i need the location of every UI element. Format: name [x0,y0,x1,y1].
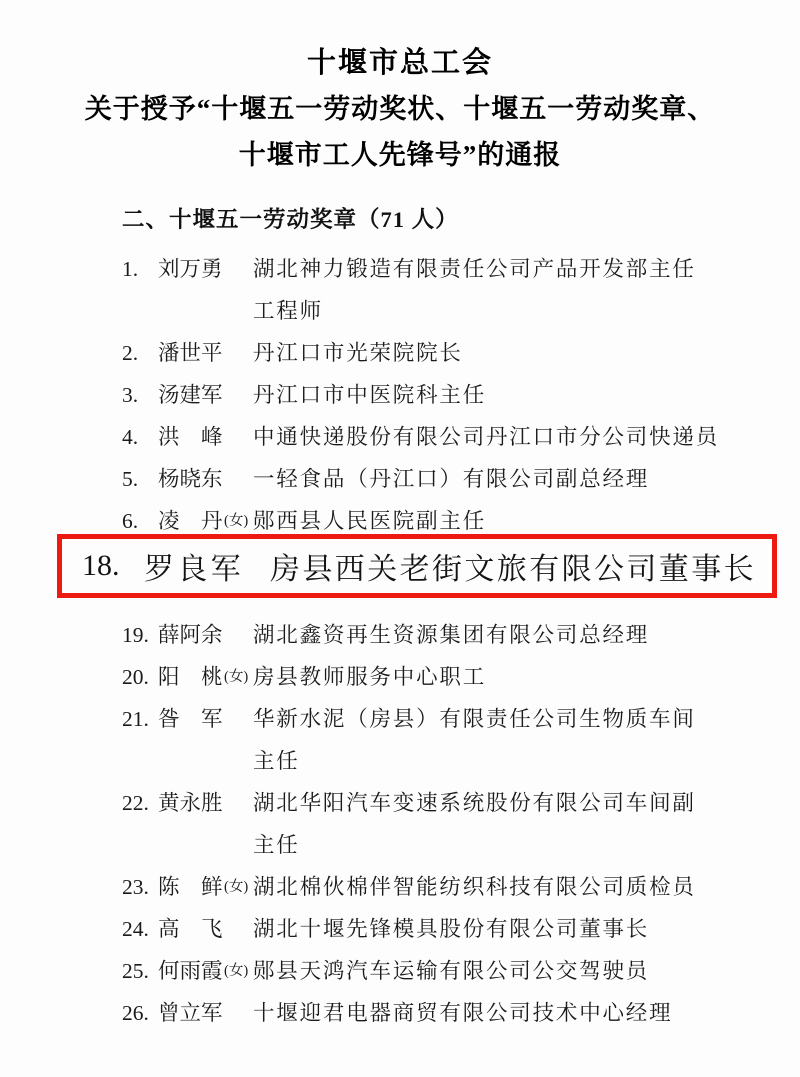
list-item: 4. 洪 峰 中通快递股份有限公司丹江口市分公司快递员 [0,416,800,458]
list-item: 19. 薛阿余 湖北鑫资再生资源集团有限公司总经理 [0,614,800,656]
document-title: 十堰市总工会 [0,40,800,86]
item-description-line: 湖北华阳汽车变速系统股份有限公司车间副 [253,782,800,824]
item-name: 昝 军 [158,698,224,740]
item-description-line: 湖北棉伙棉伴智能纺织科技有限公司质检员 [253,866,800,908]
item-number: 21. [122,698,158,740]
item-number: 18. [82,549,144,583]
item-name: 陈 鲜 [158,866,224,908]
item-description-line: 郧县天鸿汽车运输有限公司公交驾驶员 [253,950,800,992]
list-item: 1. 刘万勇 湖北神力锻造有限责任公司产品开发部主任工程师 [0,248,800,332]
item-description: 华新水泥（房县）有限责任公司生物质车间主任 [253,698,800,782]
item-name: 黄永胜 [158,782,224,824]
item-description-line: 中通快递股份有限公司丹江口市分公司快递员 [253,416,800,458]
item-description: 湖北棉伙棉伴智能纺织科技有限公司质检员 [253,866,800,908]
list-item: 21. 昝 军 华新水泥（房县）有限责任公司生物质车间主任 [0,698,800,782]
item-description: 房县教师服务中心职工 [253,656,800,698]
item-description-line: 华新水泥（房县）有限责任公司生物质车间 [253,698,800,740]
item-description-line: 房县教师服务中心职工 [253,656,800,698]
item-description-line: 丹江口市光荣院院长 [253,332,800,374]
item-description-line: 十堰迎君电器商贸有限公司技术中心经理 [253,992,800,1034]
item-description-line: 工程师 [253,290,800,332]
item-number: 1. [122,248,158,290]
item-number: 19. [122,614,158,656]
item-number: 5. [122,458,158,500]
list-item: 23. 陈 鲜 (女) 湖北棉伙棉伴智能纺织科技有限公司质检员 [0,866,800,908]
item-name: 高 飞 [158,908,224,950]
item-description-line: 一轻食品（丹江口）有限公司副总经理 [253,458,800,500]
list-item: 24. 高 飞 湖北十堰先锋模具股份有限公司董事长 [0,908,800,950]
award-list-bottom: 19. 薛阿余 湖北鑫资再生资源集团有限公司总经理 20. 阳 桃 (女) 房县… [0,614,800,1034]
item-description: 丹江口市中医院科主任 [253,374,800,416]
item-description-line: 湖北鑫资再生资源集团有限公司总经理 [253,614,800,656]
item-name: 刘万勇 [158,248,224,290]
item-name: 潘世平 [158,332,224,374]
item-description-line: 湖北神力锻造有限责任公司产品开发部主任 [253,248,800,290]
item-description: 房县西关老街文旅有限公司董事长 [270,544,756,588]
item-gender-marker: (女) [224,656,253,698]
item-description: 湖北华阳汽车变速系统股份有限公司车间副主任 [253,782,800,866]
item-number: 4. [122,416,158,458]
highlighted-list-item: 18. 罗良军 房县西关老街文旅有限公司董事长 [57,534,777,598]
item-description: 中通快递股份有限公司丹江口市分公司快递员 [253,416,800,458]
item-number: 3. [122,374,158,416]
item-name: 凌 丹 [158,500,224,542]
item-description: 郧县天鸿汽车运输有限公司公交驾驶员 [253,950,800,992]
item-number: 25. [122,950,158,992]
item-number: 2. [122,332,158,374]
document-subtitle-line-1: 关于授予“十堰五一劳动奖状、十堰五一劳动奖章、 [0,86,800,132]
list-item: 3. 汤建军 丹江口市中医院科主任 [0,374,800,416]
document-page: 十堰市总工会 关于授予“十堰五一劳动奖状、十堰五一劳动奖章、 十堰市工人先锋号”… [0,0,800,1077]
section-heading: 二、十堰五一劳动奖章（71 人） [122,204,800,236]
award-list-top: 1. 刘万勇 湖北神力锻造有限责任公司产品开发部主任工程师 2. 潘世平 丹江口… [0,248,800,542]
item-description: 湖北鑫资再生资源集团有限公司总经理 [253,614,800,656]
item-description: 湖北十堰先锋模具股份有限公司董事长 [253,908,800,950]
item-name: 罗良军 [144,544,244,588]
list-item: 20. 阳 桃 (女) 房县教师服务中心职工 [0,656,800,698]
item-description-line: 主任 [253,824,800,866]
item-number: 26. [122,992,158,1034]
item-description: 一轻食品（丹江口）有限公司副总经理 [253,458,800,500]
item-name: 杨晓东 [158,458,224,500]
item-number: 6. [122,500,158,542]
item-description-line: 湖北十堰先锋模具股份有限公司董事长 [253,908,800,950]
item-gender-marker: (女) [224,500,253,542]
item-description-line: 主任 [253,740,800,782]
item-gender-marker: (女) [224,866,253,908]
document-title-block: 十堰市总工会 关于授予“十堰五一劳动奖状、十堰五一劳动奖章、 十堰市工人先锋号”… [0,0,800,178]
item-name: 曾立军 [158,992,224,1034]
list-item: 22. 黄永胜 湖北华阳汽车变速系统股份有限公司车间副主任 [0,782,800,866]
item-description: 十堰迎君电器商贸有限公司技术中心经理 [253,992,800,1034]
item-name: 阳 桃 [158,656,224,698]
item-name: 薛阿余 [158,614,224,656]
document-subtitle-line-2: 十堰市工人先锋号”的通报 [0,132,800,178]
item-name: 何雨霞 [158,950,224,992]
item-description-line: 郧西县人民医院副主任 [253,500,800,542]
item-description: 郧西县人民医院副主任 [253,500,800,542]
item-name: 汤建军 [158,374,224,416]
list-item: 5. 杨晓东 一轻食品（丹江口）有限公司副总经理 [0,458,800,500]
item-number: 23. [122,866,158,908]
item-description: 丹江口市光荣院院长 [253,332,800,374]
item-description: 湖北神力锻造有限责任公司产品开发部主任工程师 [253,248,800,332]
item-number: 24. [122,908,158,950]
list-item: 26. 曾立军 十堰迎君电器商贸有限公司技术中心经理 [0,992,800,1034]
item-number: 20. [122,656,158,698]
item-name: 洪 峰 [158,416,224,458]
item-number: 22. [122,782,158,824]
item-gender-marker: (女) [224,950,253,992]
item-description-line: 丹江口市中医院科主任 [253,374,800,416]
list-item: 25. 何雨霞 (女) 郧县天鸿汽车运输有限公司公交驾驶员 [0,950,800,992]
list-item: 2. 潘世平 丹江口市光荣院院长 [0,332,800,374]
